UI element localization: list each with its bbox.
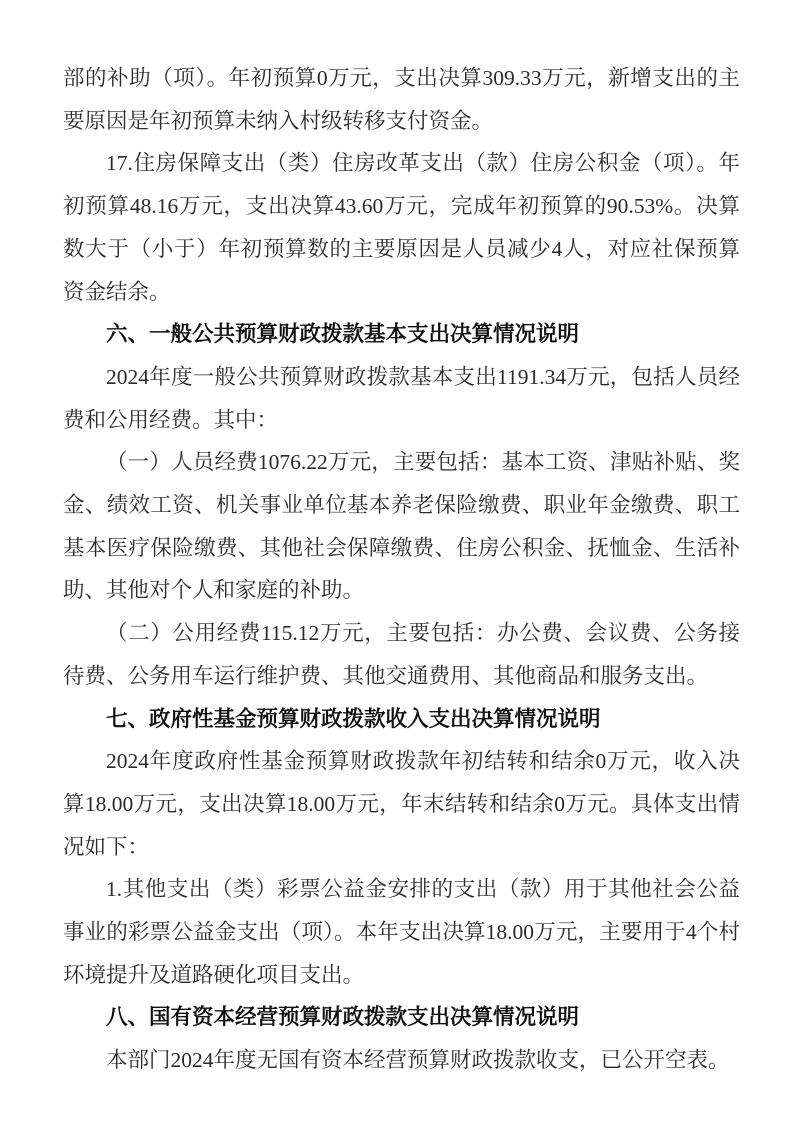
body-paragraph: 2024年度政府性基金预算财政拨款年初结转和结余0万元，收入决算18.00万元，… bbox=[63, 740, 740, 868]
section-heading: 八、国有资本经营预算财政拨款支出决算情况说明 bbox=[63, 996, 740, 1039]
body-paragraph: 部的补助（项）。年初预算0万元，支出决算309.33万元，新增支出的主要原因是年… bbox=[63, 57, 740, 142]
body-paragraph: 1.其他支出（类）彩票公益金安排的支出（款）用于其他社会公益事业的彩票公益金支出… bbox=[63, 868, 740, 996]
document-content: 部的补助（项）。年初预算0万元，支出决算309.33万元，新增支出的主要原因是年… bbox=[63, 57, 740, 1082]
body-paragraph: （二）公用经费115.12万元，主要包括：办公费、会议费、公务接待费、公务用车运… bbox=[63, 612, 740, 697]
body-paragraph: 17.住房保障支出（类）住房改革支出（款）住房公积金（项）。年初预算48.16万… bbox=[63, 142, 740, 313]
body-paragraph: 2024年度一般公共预算财政拨款基本支出1191.34万元，包括人员经费和公用经… bbox=[63, 356, 740, 441]
document-page: 部的补助（项）。年初预算0万元，支出决算309.33万元，新增支出的主要原因是年… bbox=[0, 0, 793, 1122]
body-paragraph: 本部门2024年度无国有资本经营预算财政拨款收支，已公开空表。 bbox=[63, 1039, 740, 1082]
body-paragraph: （一）人员经费1076.22万元，主要包括：基本工资、津贴补贴、奖金、绩效工资、… bbox=[63, 441, 740, 612]
section-heading: 七、政府性基金预算财政拨款收入支出决算情况说明 bbox=[63, 698, 740, 741]
section-heading: 六、一般公共预算财政拨款基本支出决算情况说明 bbox=[63, 313, 740, 356]
